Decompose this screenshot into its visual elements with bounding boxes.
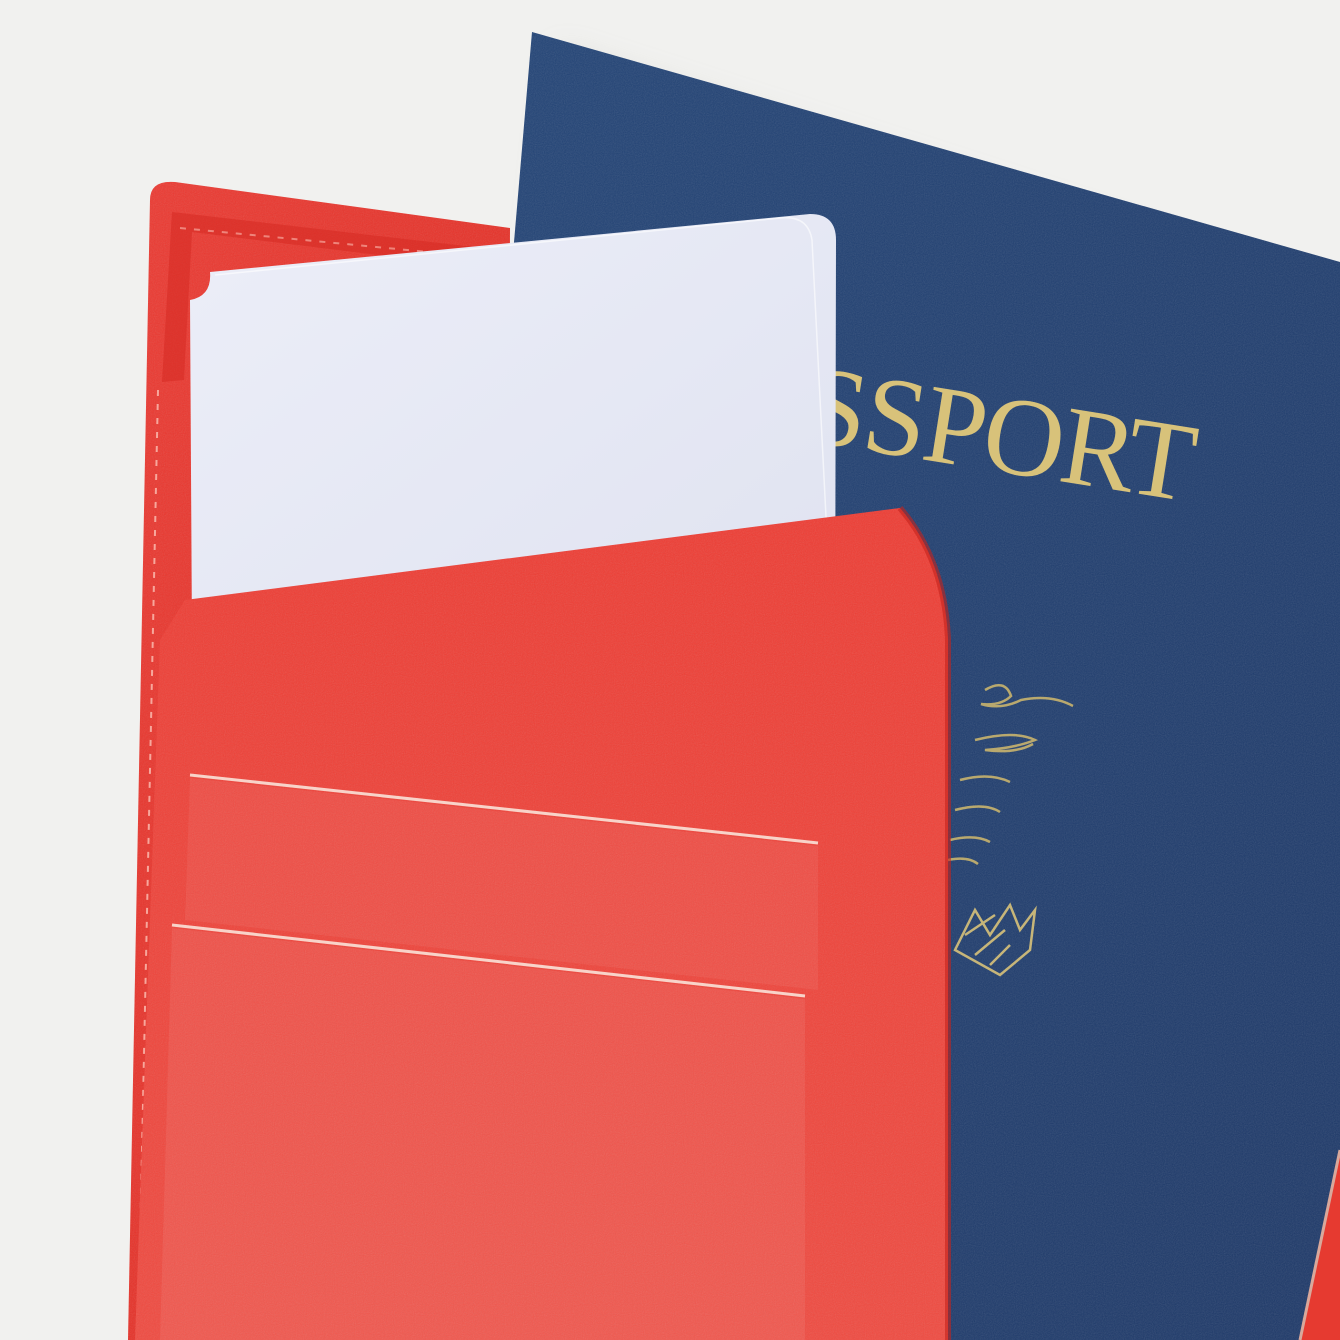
product-photo: SSPORT <box>0 0 1340 1340</box>
wallet-front-pocket <box>135 508 948 1340</box>
